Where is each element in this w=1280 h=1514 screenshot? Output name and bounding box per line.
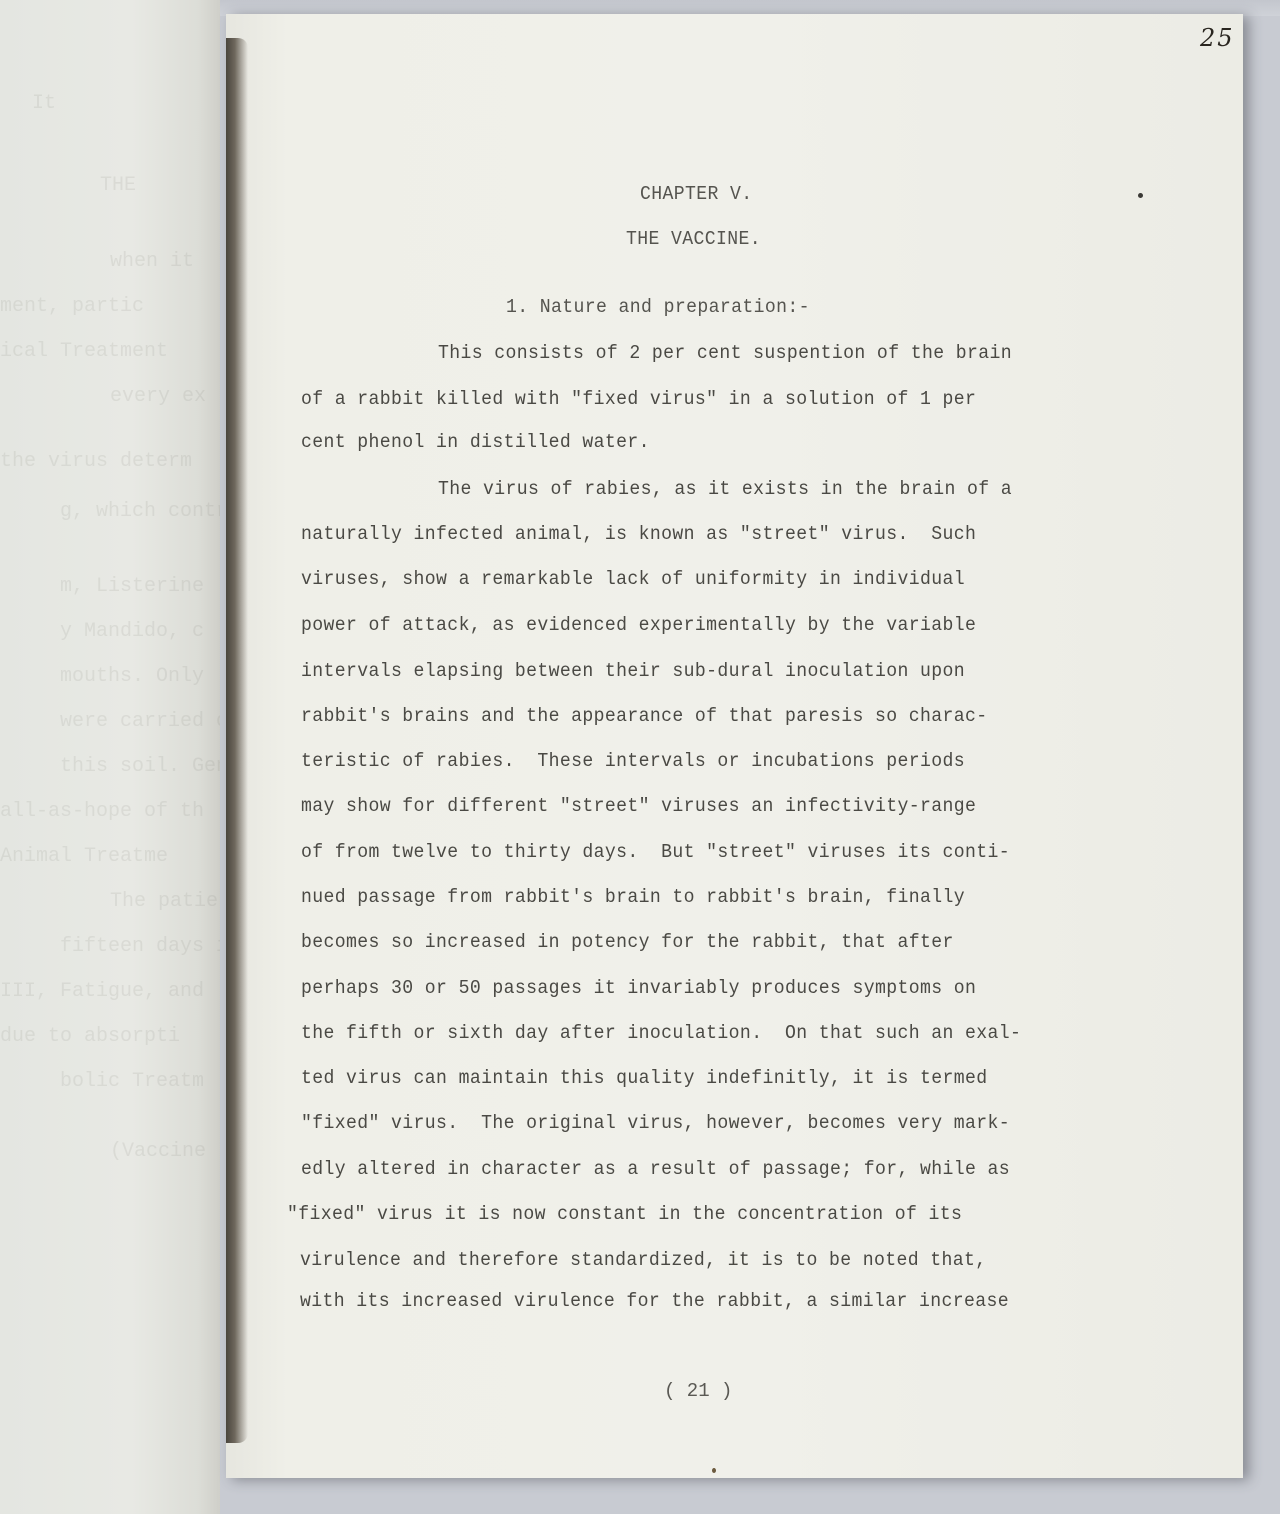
- ghost-line: mouths. Only: [60, 665, 204, 688]
- body-line: ted virus can maintain this quality inde…: [301, 1067, 988, 1089]
- body-line: virulence and therefore standardized, it…: [300, 1249, 987, 1271]
- ghost-line: (Vaccine: [110, 1140, 206, 1163]
- chapter-heading: CHAPTER V.: [640, 183, 753, 205]
- ghost-line: It: [32, 92, 56, 115]
- body-line: "fixed" virus. The original virus, howev…: [301, 1112, 1010, 1134]
- ghost-line: were carried o: [60, 710, 220, 733]
- body-line: power of attack, as evidenced experiment…: [301, 614, 976, 636]
- document-title: THE VACCINE.: [626, 228, 761, 250]
- binding-shadow: [226, 38, 248, 1443]
- ghost-line: due to absorpti: [0, 1025, 180, 1048]
- body-line: may show for different "street" viruses …: [301, 795, 976, 817]
- body-line: perhaps 30 or 50 passages it invariably …: [301, 977, 976, 999]
- body-line: of a rabbit killed with "fixed virus" in…: [301, 388, 976, 410]
- body-line: naturally infected animal, is known as "…: [301, 523, 976, 545]
- body-line: of from twelve to thirty days. But "stre…: [301, 841, 1010, 863]
- body-line: teristic of rabies. These intervals or i…: [301, 750, 965, 772]
- body-line: nued passage from rabbit's brain to rabb…: [301, 886, 965, 908]
- ghost-line: The patie: [110, 890, 218, 913]
- ghost-line: THE: [100, 174, 136, 197]
- ghost-line: all-as-hope of th: [0, 800, 204, 823]
- paper-blemish: [712, 1468, 716, 1473]
- body-line: This consists of 2 per cent suspention o…: [438, 342, 1012, 364]
- ghost-line: when it: [110, 250, 194, 273]
- ghost-line: every ex: [110, 385, 206, 408]
- handwritten-page-number: 25: [1200, 24, 1235, 52]
- ghost-line: g, which contr: [60, 500, 220, 523]
- body-line: with its increased virulence for the rab…: [300, 1290, 1009, 1312]
- body-line: intervals elapsing between their sub-dur…: [301, 660, 965, 682]
- ghost-line: ical Treatment: [0, 340, 168, 363]
- body-line: cent phenol in distilled water.: [301, 431, 650, 453]
- body-line: rabbit's brains and the appearance of th…: [301, 705, 988, 727]
- body-line: viruses, show a remarkable lack of unifo…: [301, 568, 965, 590]
- ghost-line: bolic Treatm: [60, 1070, 204, 1093]
- ghost-line: Animal Treatme: [0, 845, 168, 868]
- body-line: "fixed" virus it is now constant in the …: [287, 1203, 962, 1225]
- ghost-line: ment, partic: [0, 295, 144, 318]
- ghost-line: the virus determ: [0, 450, 192, 473]
- ghost-line: fifteen days i: [60, 935, 220, 958]
- ghost-line: III, Fatigue, and: [0, 980, 204, 1003]
- ghost-line: this soil. Gent: [60, 755, 220, 778]
- body-line: edly altered in character as a result of…: [301, 1158, 1010, 1180]
- ink-dot: [1138, 193, 1143, 198]
- left-page-bleed-through-text: It THE when it ment, partic ical Treatme…: [0, 0, 220, 1514]
- ghost-line: m, Listerine: [60, 575, 204, 598]
- body-line: becomes so increased in potency for the …: [301, 931, 954, 953]
- body-line: The virus of rabies, as it exists in the…: [438, 478, 1012, 500]
- section-heading: 1. Nature and preparation:-: [506, 296, 810, 318]
- body-line: the fifth or sixth day after inoculation…: [301, 1022, 1021, 1044]
- page-footer-number: ( 21 ): [664, 1380, 732, 1402]
- ghost-line: y Mandido, c: [60, 620, 204, 643]
